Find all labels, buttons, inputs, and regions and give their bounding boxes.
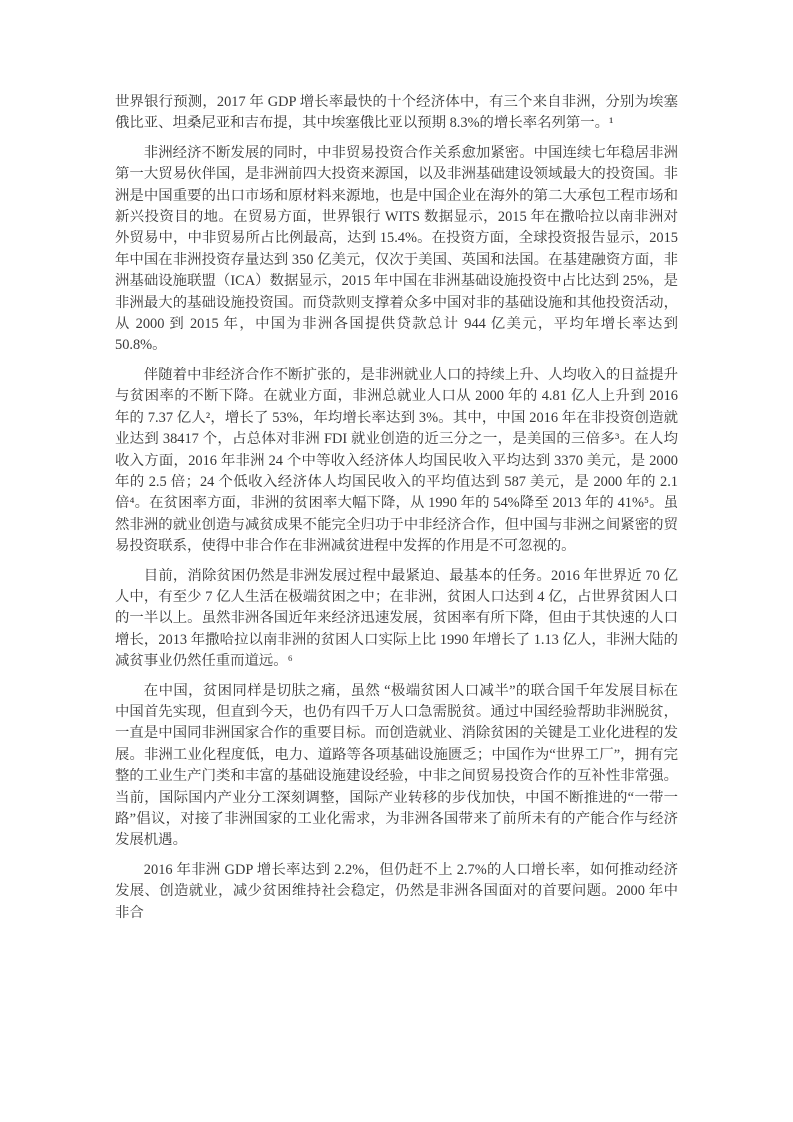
paragraph-china-poverty-industrialization: 在中国，贫困同样是切肤之痛，虽然 “极端贫困人口减半”的联合国千年发展目标在中国… — [115, 681, 678, 852]
paragraph-gdp-growth-2016: 2016 年非洲 GDP 增长率达到 2.2%，但仍赶不上 2.7%的人口增长率… — [115, 860, 678, 924]
paragraph-china-africa-trade-investment: 非洲经济不断发展的同时，中非贸易投资合作关系愈加紧密。中国连续七年稳居非洲第一大… — [115, 143, 678, 357]
paragraph-world-bank-forecast: 世界银行预测，2017 年 GDP 增长率最快的十个经济体中，有三个来自非洲，分… — [115, 92, 678, 135]
document-page: 世界银行预测，2017 年 GDP 增长率最快的十个经济体中，有三个来自非洲，分… — [0, 0, 793, 1122]
paragraph-poverty-elimination-task: 目前，消除贫困仍然是非洲发展过程中最紧迫、最基本的任务。2016 年世界近 70… — [115, 566, 678, 673]
paragraph-employment-income-poverty: 伴随着中非经济合作不断扩张的，是非洲就业人口的持续上升、人均收入的日益提升与贫困… — [115, 365, 678, 558]
document-text-body: 世界银行预测，2017 年 GDP 增长率最快的十个经济体中，有三个来自非洲，分… — [115, 92, 678, 932]
